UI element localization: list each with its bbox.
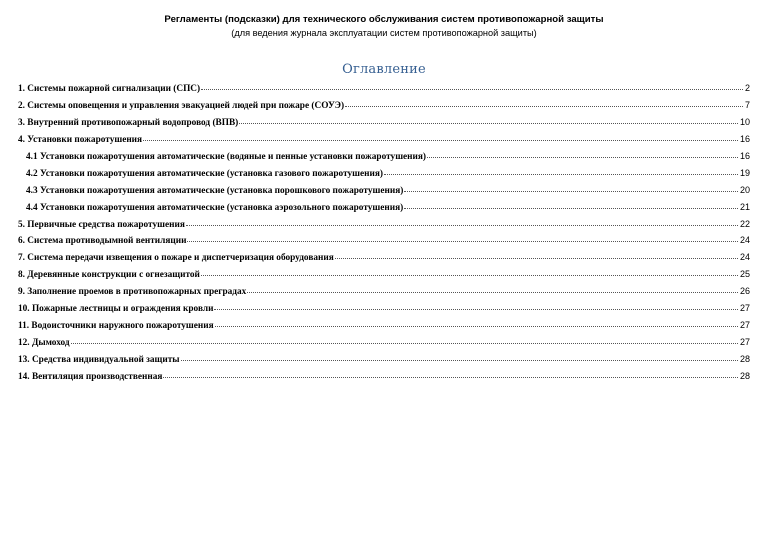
document-subtitle: (для ведения журнала эксплуатации систем…	[0, 27, 768, 39]
table-of-contents: 1. Системы пожарной сигнализации (СПС)22…	[18, 80, 750, 385]
toc-dot-leader	[201, 89, 743, 90]
toc-dot-leader	[186, 225, 738, 226]
toc-entry-page-number: 27	[740, 334, 750, 351]
toc-entry-label: 2. Системы оповещения и управления эваку…	[18, 98, 344, 115]
toc-entry-label: 10. Пожарные лестницы и ограждения кровл…	[18, 301, 213, 318]
toc-entry-page-number: 27	[740, 300, 750, 317]
toc-entry-label: 4.1 Установки пожаротушения автоматическ…	[26, 149, 426, 166]
toc-entry[interactable]: 4. Установки пожаротушения16	[18, 131, 750, 148]
toc-entry-page-number: 21	[740, 199, 750, 216]
toc-dot-leader	[345, 106, 743, 107]
toc-entry-label: 5. Первичные средства пожаротушения	[18, 217, 185, 234]
toc-entry[interactable]: 9. Заполнение проемов в противопожарных …	[18, 283, 750, 300]
toc-entry-page-number: 7	[745, 97, 750, 114]
toc-entry[interactable]: 7. Система передачи извещения о пожаре и…	[18, 249, 750, 266]
toc-dot-leader	[181, 360, 738, 361]
toc-heading: Оглавление	[0, 62, 768, 78]
toc-entry-page-number: 20	[740, 182, 750, 199]
toc-entry-label: 6. Система противодымной вентиляции	[18, 233, 186, 250]
toc-entry[interactable]: 12. Дымоход27	[18, 334, 750, 351]
document-title: Регламенты (подсказки) для технического …	[0, 14, 768, 26]
toc-entry-page-number: 22	[740, 216, 750, 233]
toc-dot-leader	[239, 123, 738, 124]
toc-entry[interactable]: 5. Первичные средства пожаротушения22	[18, 216, 750, 233]
toc-entry-page-number: 28	[740, 368, 750, 385]
toc-entry[interactable]: 4.2 Установки пожаротушения автоматическ…	[18, 165, 750, 182]
toc-entry-page-number: 10	[740, 114, 750, 131]
toc-dot-leader	[335, 258, 738, 259]
toc-entry-label: 12. Дымоход	[18, 335, 70, 352]
toc-dot-leader	[163, 377, 738, 378]
toc-entry-page-number: 2	[745, 80, 750, 97]
toc-entry[interactable]: 8. Деревянные конструкции с огнезащитой2…	[18, 266, 750, 283]
toc-dot-leader	[404, 191, 738, 192]
toc-entry-page-number: 24	[740, 232, 750, 249]
toc-entry[interactable]: 4.4 Установки пожаротушения автоматическ…	[18, 199, 750, 216]
toc-entry-label: 3. Внутренний противопожарный водопровод…	[18, 115, 238, 132]
toc-entry-page-number: 24	[740, 249, 750, 266]
toc-entry-label: 4.3 Установки пожаротушения автоматическ…	[26, 183, 403, 200]
toc-entry[interactable]: 13. Средства индивидуальной защиты28	[18, 351, 750, 368]
toc-entry-label: 4. Установки пожаротушения	[18, 132, 142, 149]
toc-entry[interactable]: 6. Система противодымной вентиляции24	[18, 232, 750, 249]
toc-entry-page-number: 25	[740, 266, 750, 283]
toc-dot-leader	[404, 208, 738, 209]
toc-entry-label: 4.2 Установки пожаротушения автоматическ…	[26, 166, 383, 183]
toc-entry-page-number: 16	[740, 148, 750, 165]
toc-entry[interactable]: 3. Внутренний противопожарный водопровод…	[18, 114, 750, 131]
toc-dot-leader	[247, 292, 738, 293]
toc-dot-leader	[187, 241, 738, 242]
toc-entry[interactable]: 4.3 Установки пожаротушения автоматическ…	[18, 182, 750, 199]
toc-entry-label: 4.4 Установки пожаротушения автоматическ…	[26, 200, 403, 217]
toc-entry[interactable]: 10. Пожарные лестницы и ограждения кровл…	[18, 300, 750, 317]
toc-dot-leader	[215, 326, 738, 327]
toc-entry-page-number: 27	[740, 317, 750, 334]
toc-dot-leader	[384, 174, 738, 175]
toc-entry-label: 1. Системы пожарной сигнализации (СПС)	[18, 81, 200, 98]
toc-dot-leader	[427, 157, 738, 158]
toc-entry[interactable]: 4.1 Установки пожаротушения автоматическ…	[18, 148, 750, 165]
toc-dot-leader	[214, 309, 738, 310]
toc-entry[interactable]: 11. Водоисточники наружного пожаротушени…	[18, 317, 750, 334]
toc-entry-label: 9. Заполнение проемов в противопожарных …	[18, 284, 246, 301]
toc-entry[interactable]: 2. Системы оповещения и управления эваку…	[18, 97, 750, 114]
toc-dot-leader	[71, 343, 738, 344]
toc-entry[interactable]: 14. Вентиляция производственная28	[18, 368, 750, 385]
toc-dot-leader	[143, 140, 738, 141]
toc-entry-label: 8. Деревянные конструкции с огнезащитой	[18, 267, 200, 284]
toc-entry-label: 7. Система передачи извещения о пожаре и…	[18, 250, 334, 267]
toc-entry-page-number: 26	[740, 283, 750, 300]
toc-dot-leader	[201, 275, 738, 276]
toc-entry-label: 14. Вентиляция производственная	[18, 369, 162, 386]
toc-entry-page-number: 28	[740, 351, 750, 368]
toc-entry-label: 13. Средства индивидуальной защиты	[18, 352, 180, 369]
toc-entry-page-number: 16	[740, 131, 750, 148]
toc-entry[interactable]: 1. Системы пожарной сигнализации (СПС)2	[18, 80, 750, 97]
toc-entry-label: 11. Водоисточники наружного пожаротушени…	[18, 318, 214, 335]
toc-entry-page-number: 19	[740, 165, 750, 182]
